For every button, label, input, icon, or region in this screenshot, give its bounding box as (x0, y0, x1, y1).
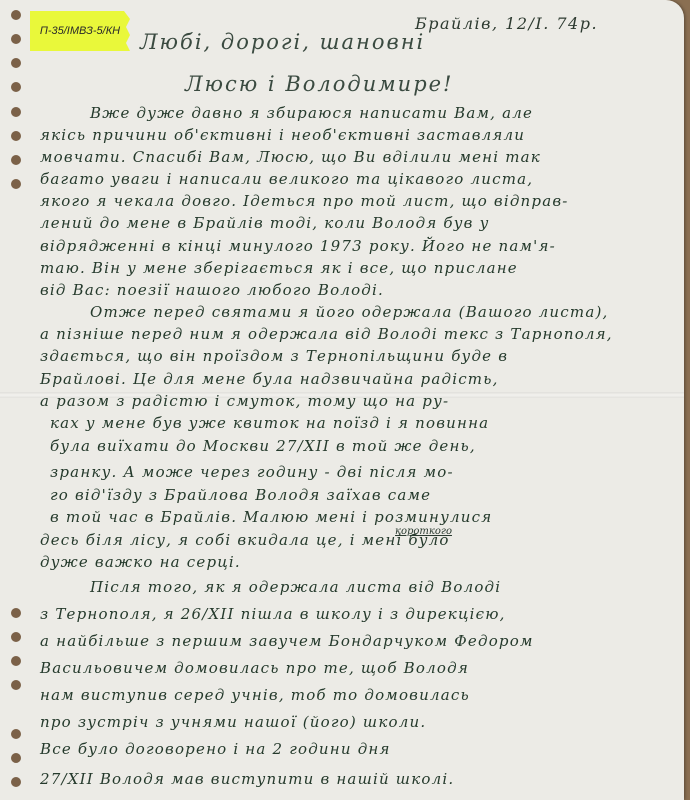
letter-page: П-35/ІМВЗ-5/КН Брайлів, 12/І. 74р. Любі,… (0, 0, 684, 800)
perforation-hole (11, 107, 21, 117)
letter-line: ках у мене був уже квиток на поїзд і я п… (50, 414, 489, 432)
letter-line: го від'їзду з Брайлова Володя заїхав сам… (50, 486, 431, 504)
letter-line: відрядженні в кінці минулого 1973 року. … (40, 237, 556, 255)
letter-line: зранку. А може через годину - дві після … (50, 463, 454, 481)
letter-line: а пізніше перед ним я одержала від Волод… (40, 325, 613, 343)
letter-line: якісь причини об'єктивні і необ'єктивні … (40, 126, 525, 144)
letter-line: десь біля лісу, я собі вкидала це, і мен… (40, 531, 450, 549)
perforation-hole (11, 58, 21, 68)
letter-line: здається, що він проїздом з Тернопільщин… (40, 347, 508, 365)
perforation-hole (11, 753, 21, 763)
perforation-hole (11, 632, 21, 642)
letter-line: таю. Він у мене зберігається як і все, щ… (40, 259, 518, 277)
perforation-hole (11, 155, 21, 165)
letter-line: багато уваги і написали великого та ціка… (40, 170, 533, 188)
perforation-hole (11, 10, 21, 20)
letter-line: Все було договорено і на 2 години дня (40, 740, 391, 758)
perforation-hole (11, 729, 21, 739)
letter-line: лений до мене в Брайлів тоді, коли Волод… (40, 214, 489, 232)
perforation-hole (11, 82, 21, 92)
perforation-hole (11, 656, 21, 666)
letter-line: від Вас: поезії нашого любого Володі. (40, 281, 384, 299)
perforation-hole (11, 34, 21, 44)
letter-line: в той час в Брайлів. Малюю мені і розмин… (50, 508, 492, 526)
perforation-hole (11, 179, 21, 189)
salutation-line-1: Любі, дорогі, шановні (140, 30, 425, 54)
letter-line: Після того, як я одержала листа від Воло… (90, 578, 501, 596)
letter-line: а разом з радістю і смуток, тому що на р… (40, 392, 449, 410)
letter-line: нам виступив серед учнів, тоб то домовил… (40, 686, 470, 704)
place-date: Брайлів, 12/І. 74р. (415, 14, 598, 33)
perforation-hole (11, 608, 21, 618)
letter-line: 27/ХІІ Володя мав виступити в нашій школ… (40, 770, 454, 788)
letter-line: Брайлові. Це для мене була надзвичайна р… (40, 370, 499, 388)
spiral-perforations (0, 0, 28, 800)
letter-line: з Тернополя, я 26/ХІІ пішла в школу і з … (40, 605, 506, 623)
letter-line: Васильовичем домовилась про те, щоб Воло… (40, 659, 469, 677)
letter-line: дуже важко на серці. (40, 553, 241, 571)
archive-label-sticker: П-35/ІМВЗ-5/КН (30, 11, 130, 51)
letter-line: була виїхати до Москви 27/ХІІ в той же д… (50, 437, 476, 455)
letter-line: про зустріч з учнями нашої (його) школи. (40, 713, 426, 731)
archive-label-text: П-35/ІМВЗ-5/КН (40, 25, 120, 37)
perforation-hole (11, 131, 21, 141)
perforation-hole (11, 777, 21, 787)
perforation-hole (11, 680, 21, 690)
letter-line: а найбільше з першим завучем Бондарчуком… (40, 632, 534, 650)
letter-line: Отже перед святами я його одержала (Вашо… (90, 303, 608, 321)
salutation-line-2: Люсю і Володимире! (185, 72, 454, 96)
letter-line: Вже дуже давно я збираюся написати Вам, … (90, 104, 533, 122)
letter-line: мовчати. Спасибі Вам, Люсю, що Ви вділил… (40, 148, 541, 166)
letter-line: якого я чекала довго. Ідеться про той ли… (40, 192, 569, 210)
